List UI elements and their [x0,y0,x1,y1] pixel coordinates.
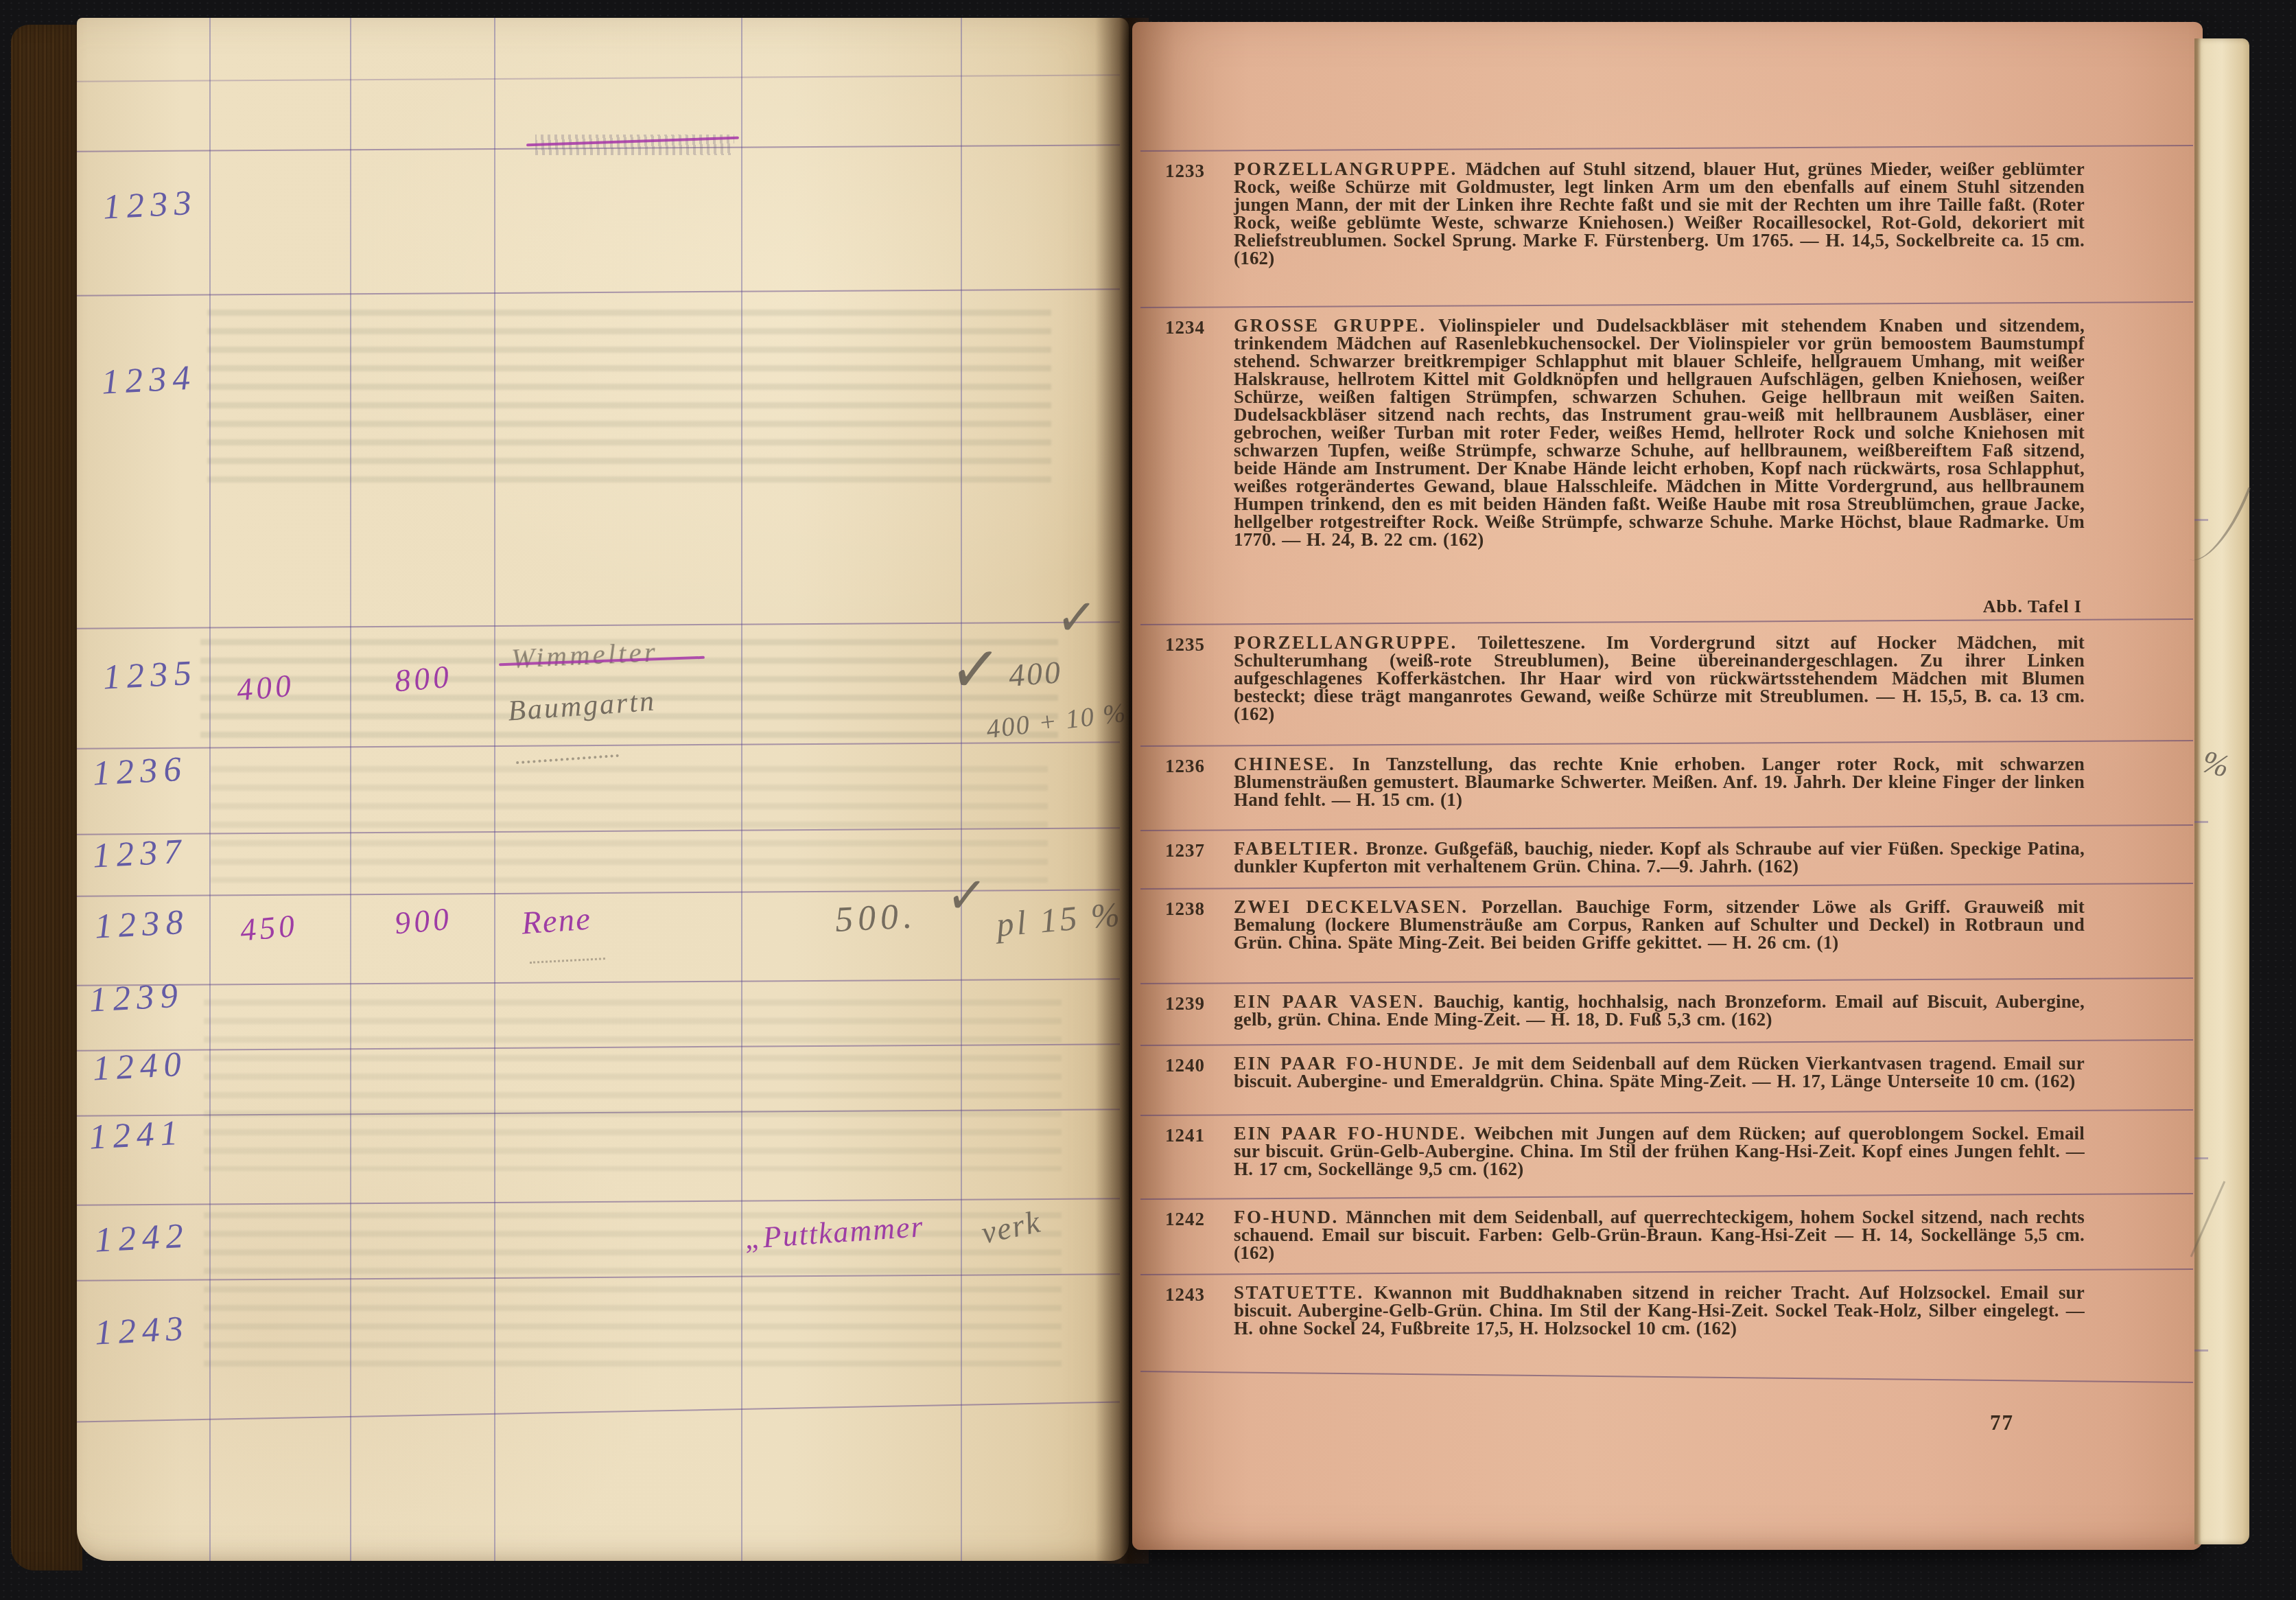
entry-text: STATUETTE. Kwannon mit Buddhaknaben sitz… [1234,1284,2085,1337]
entry-separator [1140,145,2193,152]
bleed-through [207,310,1051,495]
ruled-line-stub [2194,1349,2208,1352]
plate-reference: Abb. Tafel I [1983,596,2082,617]
pencil-price: 400 [1007,653,1064,693]
pencil-price: 500. [834,896,918,940]
lot-number: 1242 [1165,1209,1205,1230]
check-mark: ✓ [944,863,989,929]
pencil-dots [516,754,619,764]
lot-number: 1238 [1165,898,1205,920]
entry-text: EIN PAAR FO-HUNDE. Weibchen mit Jungen a… [1234,1124,2085,1178]
pencil-squiggle [530,958,605,964]
ledger-lot: 1240 [92,1044,189,1089]
catalog-entry: 1243 STATUETTE. Kwannon mit Buddhaknaben… [1132,1279,2203,1375]
bleed-through [204,1212,1062,1377]
ruled-line-stub [2194,1157,2208,1159]
bleed-through [204,999,1062,1171]
lot-number: 1235 [1165,634,1205,656]
price-annotation: 900 [393,900,454,941]
price-annotation: 400 [235,666,296,708]
lot-number: 1236 [1165,756,1205,777]
lot-number: 1237 [1165,840,1205,861]
entry-body: Männchen mit dem Seidenball, auf querrec… [1234,1207,2085,1263]
catalog-entry: 1235 PORZELLANGRUPPE. Toiletteszene. Im … [1132,629,2203,741]
entry-text: EIN PAAR VASEN. Bauchig, kantig, hochhal… [1234,993,2085,1028]
lot-number: 1241 [1165,1125,1205,1146]
price-annotation: 800 [393,658,454,699]
entry-text: CHINESE. In Tanzstellung, das rechte Kni… [1234,755,2085,809]
catalog-entry: 1238 ZWEI DECKELVASEN. Porzellan. Bauchi… [1132,894,2203,979]
catalog-page: 1233 PORZELLANGRUPPE. Mädchen auf Stuhl … [1132,22,2203,1550]
check-mark: ✓ [946,628,1004,712]
entry-text: PORZELLANGRUPPE. Toiletteszene. Im Vorde… [1234,634,2085,723]
ledger-row-line [77,741,1120,749]
next-page-edge: % [2194,38,2249,1544]
ledger-lot: 1243 [94,1308,191,1353]
pencil-scratch [2190,1181,2226,1257]
ledger-row-line [77,1401,1120,1422]
ledger-lot: 1239 [89,975,185,1020]
entry-body: Bronze. Gußgefäß, bauchig, nieder. Kopf … [1234,838,2085,877]
ruled-line-stub [2194,821,2208,823]
ledger-lot: 1241 [89,1113,185,1157]
catalog-entry: 1241 EIN PAAR FO-HUNDE. Weibchen mit Jun… [1132,1120,2203,1194]
ledger-page: 1233 1234 1235 1236 1237 1238 1239 1240 … [77,18,1129,1561]
percent-mark: % [2199,743,2233,785]
catalog-entry: 1233 PORZELLANGRUPPE. Mädchen auf Stuhl … [1132,156,2203,303]
ledger-lot: 1233 [102,183,199,227]
check-mark: ✓ [1053,585,1099,651]
page-number: 77 [1990,1411,2014,1435]
price-annotation: 450 [239,907,299,948]
crossed-buyer-name: Wimmelter [511,635,659,674]
catalog-entry: 1234 GROSSE GRUPPE. Violinspieler und Du… [1132,312,2203,620]
ruled-line-stub [2194,519,2208,521]
catalog-entry: 1239 EIN PAAR VASEN. Bauchig, kantig, ho… [1132,988,2203,1041]
ledger-row-line [77,74,1120,82]
lot-number: 1240 [1165,1055,1205,1076]
entry-text: EIN PAAR FO-HUNDE. Je mit dem Seidenball… [1234,1054,2085,1090]
bleed-through [211,766,1048,883]
lot-number: 1243 [1165,1284,1205,1306]
ledger-lot: 1237 [92,831,189,876]
ledger-row-line [77,978,1120,986]
entry-text: FO-HUND. Männchen mit dem Seidenball, au… [1234,1208,2085,1262]
lot-number: 1233 [1165,161,1205,182]
book-spread-photo: { "colors":{"ink_blue":"#5850a5","ink_pu… [0,0,2296,1600]
entry-text: GROSSE GRUPPE. Violinspieler und Dudelsa… [1234,316,2085,548]
entry-text: PORZELLANGRUPPE. Mädchen auf Stuhl sitze… [1234,160,2085,267]
entry-body: Violinspieler und Dudelsackbläser mit st… [1234,315,2085,550]
lot-number: 1239 [1165,993,1205,1015]
entry-text: ZWEI DECKELVASEN. Porzellan. Bauchige Fo… [1234,898,2085,951]
catalog-entry: 1242 FO-HUND. Männchen mit dem Seidenbal… [1132,1204,2203,1270]
ledger-lot: 1236 [92,749,189,793]
catalog-entry: 1237 FABELTIER. Bronze. Gußgefäß, bauchi… [1132,835,2203,884]
ledger-row-line [77,1198,1120,1205]
ledger-row-line [77,621,1120,629]
ledger-lot: 1234 [101,358,198,402]
catalog-entry: 1240 EIN PAAR FO-HUNDE. Je mit dem Seide… [1132,1050,2203,1111]
ledger-row-line [77,288,1120,296]
lot-number: 1234 [1165,317,1205,338]
entry-text: FABELTIER. Bronze. Gußgefäß, bauchig, ni… [1234,839,2085,875]
page-block-edge [11,25,82,1570]
catalog-entry: 1236 CHINESE. In Tanzstellung, das recht… [1132,751,2203,826]
entry-body: In Tanzstellung, das rechte Knie erhoben… [1234,754,2085,810]
ledger-lot: 1235 [102,653,199,697]
ledger-lot: 1238 [94,902,191,947]
ledger-lot: 1242 [94,1216,191,1260]
buyer-name: Rene [520,901,592,942]
